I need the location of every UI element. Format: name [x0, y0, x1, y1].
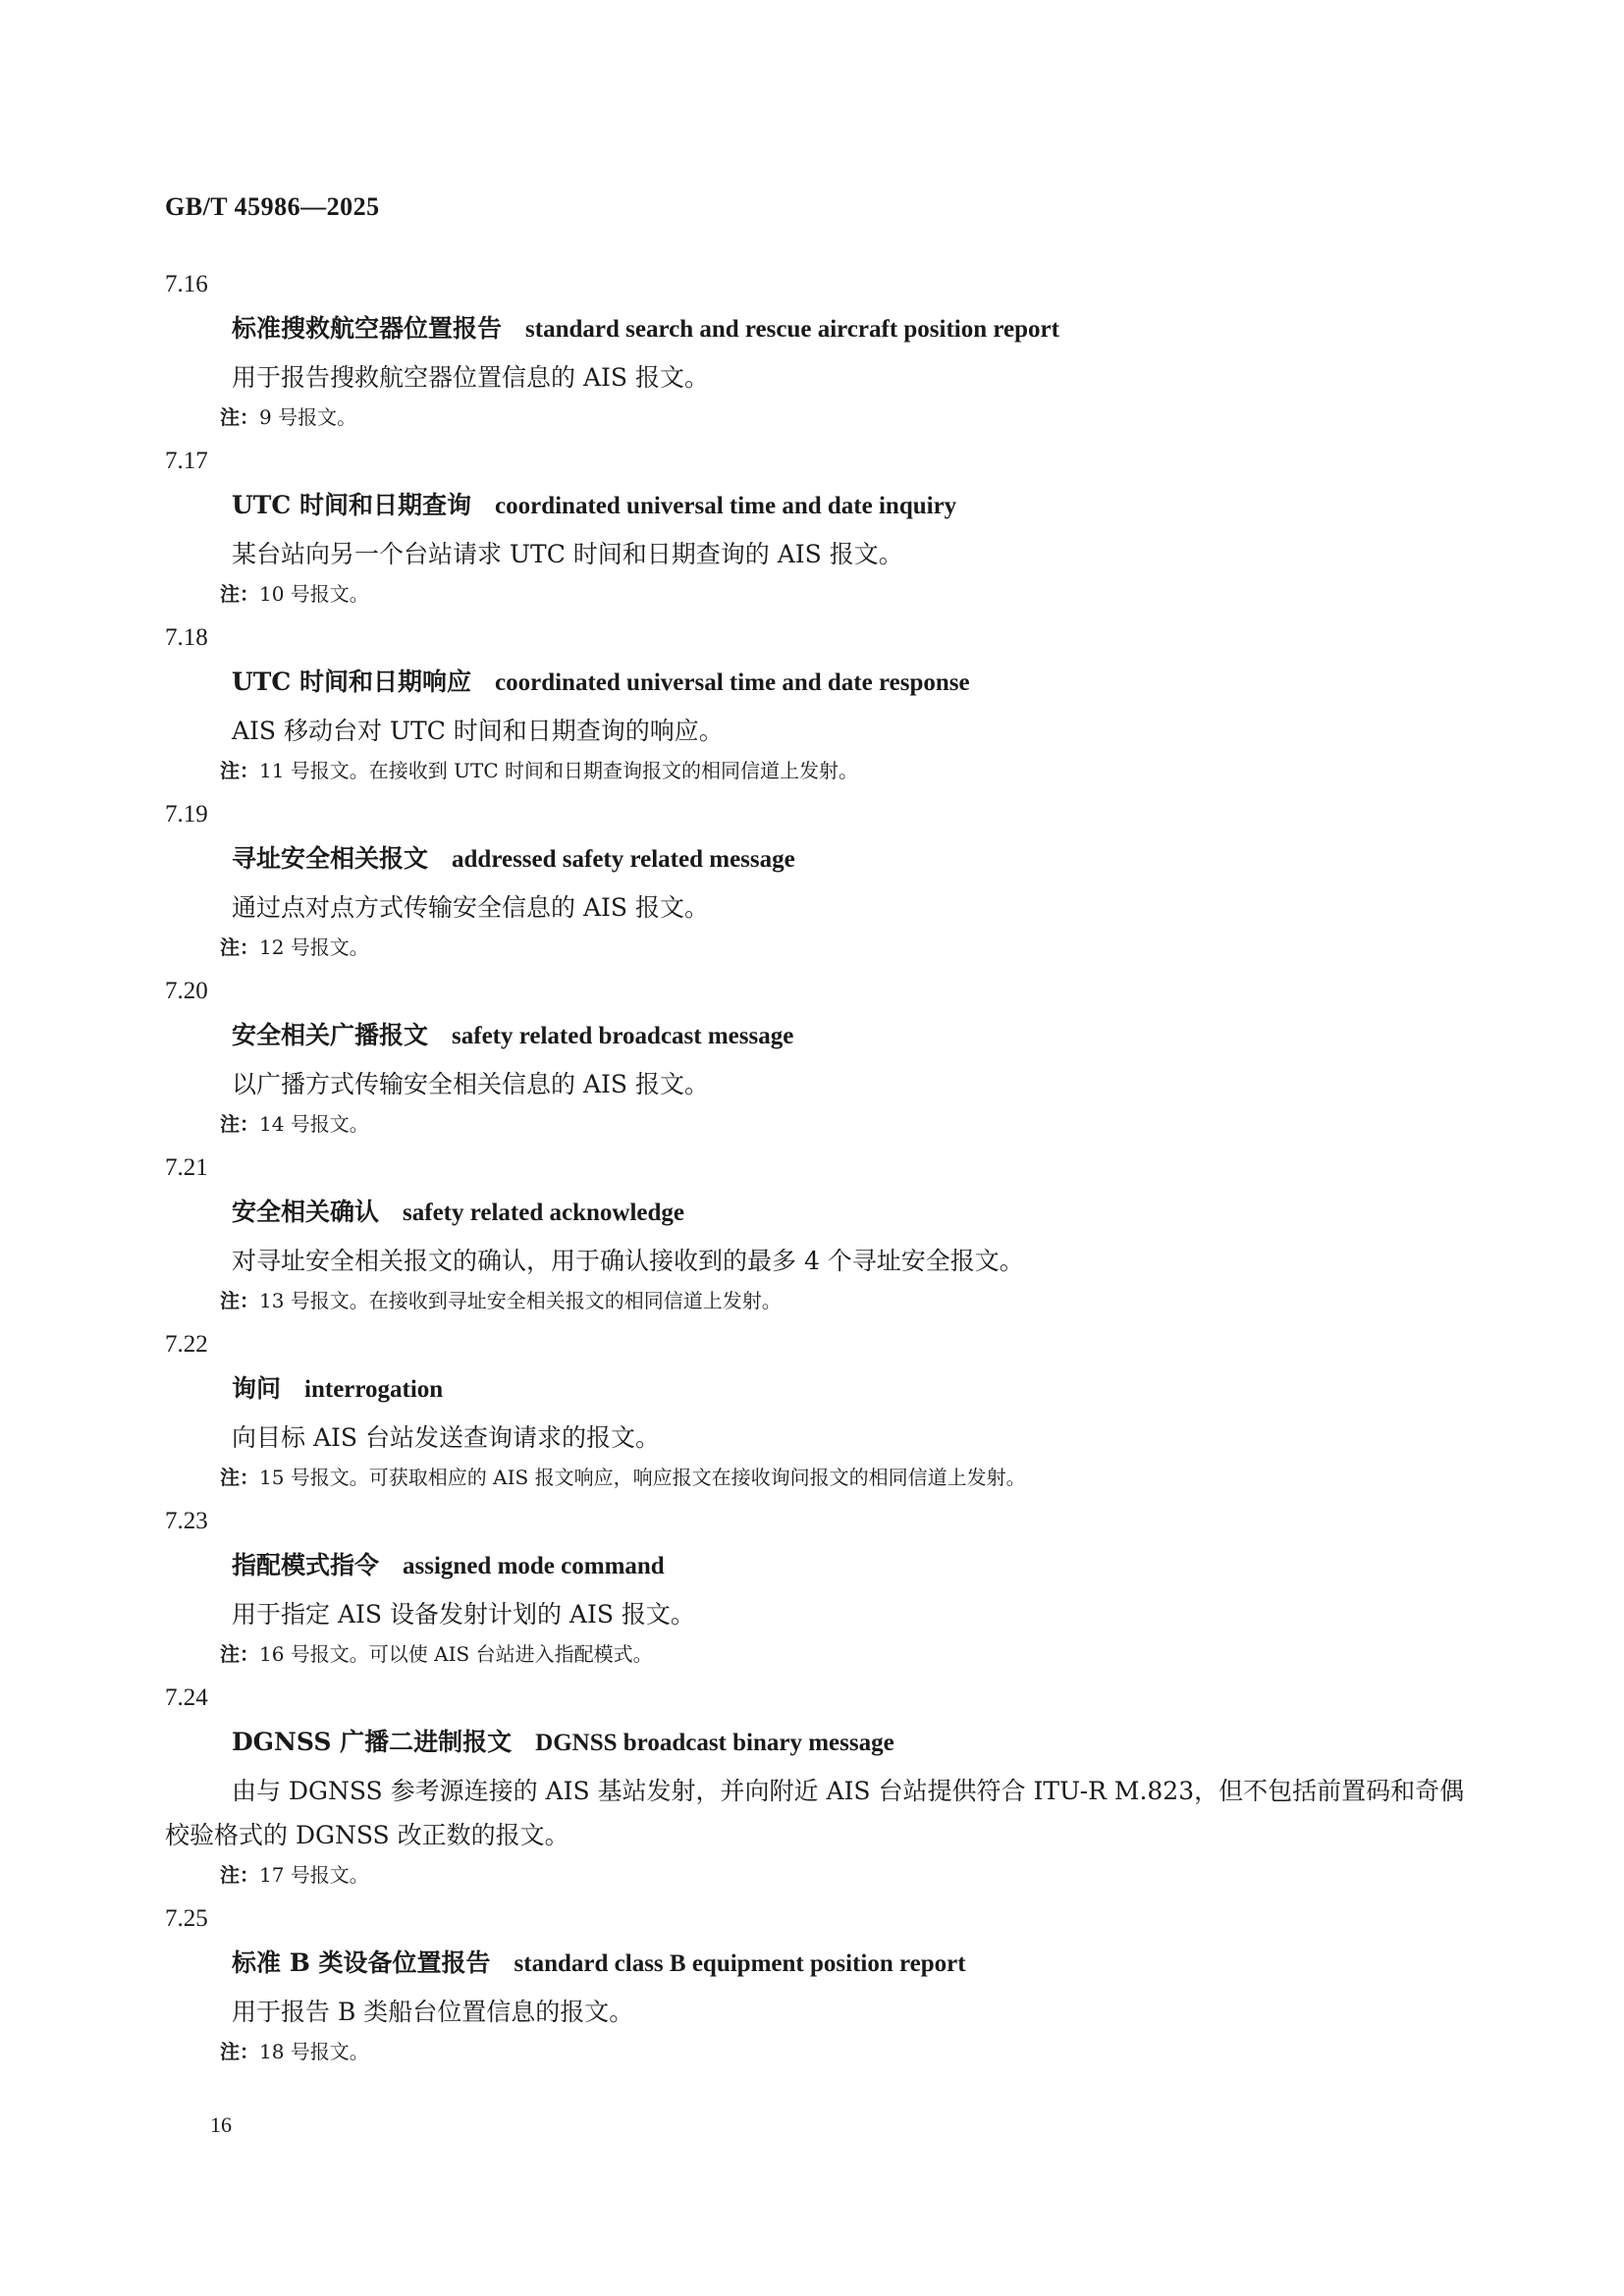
- note-label: 注：: [220, 1289, 259, 1312]
- clause-7-16: 7.16 标准搜救航空器位置报告standard search and resc…: [165, 267, 1471, 444]
- term-en: DGNSS broadcast binary message: [535, 1730, 894, 1756]
- note-label: 注：: [220, 1112, 259, 1136]
- term-zh: 安全相关广播报文: [232, 1021, 428, 1049]
- term-definition: 向目标 AIS 台站发送查询请求的报文。: [232, 1415, 1471, 1460]
- note-text: 16 号报文。可以使 AIS 台站进入指配模式。: [259, 1642, 653, 1666]
- clause-7-19: 7.19 寻址安全相关报文addressed safety related me…: [165, 797, 1471, 974]
- term-note: 注：18 号报文。: [220, 2034, 1471, 2078]
- clause-number: 7.18: [165, 620, 1471, 665]
- term-heading: 安全相关确认safety related acknowledge: [232, 1195, 1471, 1239]
- note-label: 注：: [220, 1863, 259, 1887]
- term-zh: 寻址安全相关报文: [232, 844, 428, 873]
- term-en: safety related acknowledge: [403, 1200, 684, 1226]
- term-note: 注：16 号报文。可以使 AIS 台站进入指配模式。: [220, 1636, 1471, 1681]
- term-en: coordinated universal time and date resp…: [495, 669, 970, 696]
- term-definition: 用于指定 AIS 设备发射计划的 AIS 报文。: [232, 1592, 1471, 1636]
- term-heading: 标准搜救航空器位置报告standard search and rescue ai…: [232, 311, 1471, 355]
- document-page: GB/T 45986—2025 7.16 标准搜救航空器位置报告standard…: [0, 0, 1624, 2296]
- term-note: 注：11 号报文。在接收到 UTC 时间和日期查询报文的相同信道上发射。: [220, 753, 1471, 797]
- term-heading: 安全相关广播报文safety related broadcast message: [232, 1018, 1471, 1062]
- clause-7-18: 7.18 UTC 时间和日期响应coordinated universal ti…: [165, 620, 1471, 797]
- clause-number: 7.16: [165, 267, 1471, 311]
- term-definition: 由与 DGNSS 参考源连接的 AIS 基站发射，并向附近 AIS 台站提供符合…: [165, 1769, 1471, 1857]
- note-text: 9 号报文。: [259, 405, 356, 429]
- clause-number: 7.25: [165, 1901, 1471, 1946]
- term-zh: 询问: [232, 1374, 281, 1403]
- note-text: 13 号报文。在接收到寻址安全相关报文的相同信道上发射。: [259, 1289, 782, 1312]
- term-note: 注：14 号报文。: [220, 1106, 1471, 1150]
- clause-number: 7.20: [165, 974, 1471, 1018]
- clause-7-21: 7.21 安全相关确认safety related acknowledge 对寻…: [165, 1150, 1471, 1327]
- term-en: assigned mode command: [403, 1553, 665, 1579]
- term-en: addressed safety related message: [452, 846, 795, 873]
- term-heading: 寻址安全相关报文addressed safety related message: [232, 841, 1471, 885]
- clause-7-25: 7.25 标准 B 类设备位置报告standard class B equipm…: [165, 1901, 1471, 2078]
- term-definition: 对寻址安全相关报文的确认，用于确认接收到的最多 4 个寻址安全报文。: [232, 1239, 1471, 1283]
- term-heading: 标准 B 类设备位置报告standard class B equipment p…: [232, 1946, 1471, 1990]
- term-heading: 询问interrogation: [232, 1371, 1471, 1415]
- term-zh: 指配模式指令: [232, 1551, 379, 1579]
- note-label: 注：: [220, 405, 259, 429]
- clause-number: 7.24: [165, 1681, 1471, 1725]
- clause-number: 7.23: [165, 1504, 1471, 1548]
- term-zh: 标准搜救航空器位置报告: [232, 314, 502, 343]
- term-definition: 用于报告 B 类船台位置信息的报文。: [232, 1990, 1471, 2034]
- clause-7-17: 7.17 UTC 时间和日期查询coordinated universal ti…: [165, 444, 1471, 620]
- term-definition: AIS 移动台对 UTC 时间和日期查询的响应。: [232, 709, 1471, 753]
- note-text: 17 号报文。: [259, 1863, 369, 1887]
- term-en: interrogation: [304, 1376, 443, 1403]
- clause-7-23: 7.23 指配模式指令assigned mode command 用于指定 AI…: [165, 1504, 1471, 1681]
- clause-7-24: 7.24 DGNSS 广播二进制报文DGNSS broadcast binary…: [165, 1681, 1471, 1901]
- term-note: 注：17 号报文。: [220, 1857, 1471, 1901]
- term-en: safety related broadcast message: [452, 1023, 793, 1049]
- term-heading: UTC 时间和日期响应coordinated universal time an…: [232, 665, 1471, 709]
- term-definition: 某台站向另一个台站请求 UTC 时间和日期查询的 AIS 报文。: [232, 532, 1471, 576]
- term-en: coordinated universal time and date inqu…: [495, 493, 956, 519]
- term-note: 注：13 号报文。在接收到寻址安全相关报文的相同信道上发射。: [220, 1283, 1471, 1327]
- clause-number: 7.22: [165, 1327, 1471, 1371]
- clause-number: 7.21: [165, 1150, 1471, 1195]
- term-heading: DGNSS 广播二进制报文DGNSS broadcast binary mess…: [232, 1725, 1471, 1769]
- term-zh: UTC 时间和日期响应: [232, 667, 471, 696]
- term-note: 注：12 号报文。: [220, 930, 1471, 974]
- term-en: standard search and rescue aircraft posi…: [525, 316, 1059, 343]
- clause-number: 7.17: [165, 444, 1471, 488]
- term-note: 注：9 号报文。: [220, 400, 1471, 444]
- term-zh: DGNSS 广播二进制报文: [232, 1728, 512, 1756]
- term-zh: 安全相关确认: [232, 1198, 379, 1226]
- term-definition: 通过点对点方式传输安全信息的 AIS 报文。: [232, 885, 1471, 930]
- note-label: 注：: [220, 2040, 259, 2063]
- note-label: 注：: [220, 582, 259, 606]
- note-label: 注：: [220, 759, 259, 782]
- terms-content: 7.16 标准搜救航空器位置报告standard search and resc…: [165, 267, 1471, 2078]
- clause-7-20: 7.20 安全相关广播报文safety related broadcast me…: [165, 974, 1471, 1150]
- term-definition: 以广播方式传输安全相关信息的 AIS 报文。: [232, 1062, 1471, 1106]
- note-text: 12 号报文。: [259, 935, 369, 959]
- note-label: 注：: [220, 1466, 259, 1489]
- note-text: 11 号报文。在接收到 UTC 时间和日期查询报文的相同信道上发射。: [259, 759, 858, 782]
- term-note: 注：15 号报文。可获取相应的 AIS 报文响应，响应报文在接收询问报文的相同信…: [220, 1460, 1471, 1504]
- term-heading: 指配模式指令assigned mode command: [232, 1548, 1471, 1592]
- note-text: 10 号报文。: [259, 582, 369, 606]
- note-text: 18 号报文。: [259, 2040, 369, 2063]
- term-note: 注：10 号报文。: [220, 576, 1471, 620]
- term-zh: UTC 时间和日期查询: [232, 491, 471, 519]
- standard-code-header: GB/T 45986—2025: [165, 192, 380, 222]
- note-text: 14 号报文。: [259, 1112, 369, 1136]
- term-en: standard class B equipment position repo…: [514, 1950, 966, 1977]
- note-label: 注：: [220, 935, 259, 959]
- clause-7-22: 7.22 询问interrogation 向目标 AIS 台站发送查询请求的报文…: [165, 1327, 1471, 1504]
- note-text: 15 号报文。可获取相应的 AIS 报文响应，响应报文在接收询问报文的相同信道上…: [259, 1466, 1026, 1489]
- term-definition: 用于报告搜救航空器位置信息的 AIS 报文。: [232, 355, 1471, 400]
- note-label: 注：: [220, 1642, 259, 1666]
- term-heading: UTC 时间和日期查询coordinated universal time an…: [232, 488, 1471, 532]
- term-zh: 标准 B 类设备位置报告: [232, 1949, 491, 1977]
- clause-number: 7.19: [165, 797, 1471, 841]
- page-number: 16: [210, 2112, 232, 2138]
